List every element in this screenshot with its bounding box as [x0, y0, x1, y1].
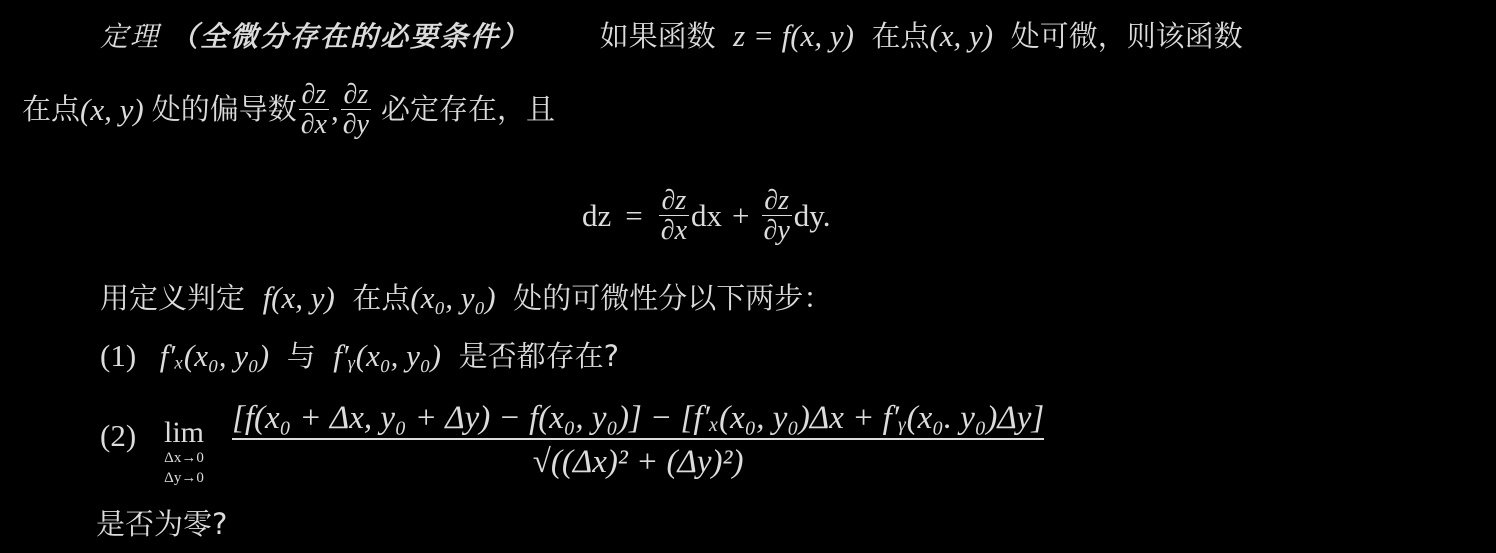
method-intro: 用定义判定 f(x, y) 在点(x₀, y₀) 处的可微性分以下两步：	[100, 282, 832, 314]
partial-fy: f′ᵧ(x₀, y₀)	[333, 338, 441, 373]
theorem-text: 必定存在，且	[381, 95, 555, 124]
method-text: 处的可微性分以下两步：	[513, 281, 832, 315]
dy-term: dy.	[794, 200, 831, 231]
method-text: 在点	[352, 281, 410, 315]
theorem-text: 在点	[22, 95, 80, 124]
final-question: 是否为零?	[96, 510, 227, 540]
partial-fx: f′ₓ(x₀, y₀)	[160, 338, 269, 373]
step-question: 是否为零?	[96, 507, 227, 541]
denominator: ∂y	[762, 216, 792, 245]
theorem-line-1: 定理（全微分存在的必要条件） 如果函数 z = f(x, y) 在点(x, y)…	[100, 20, 1243, 52]
fraction-bar	[232, 438, 1044, 440]
limit-condition-y: Δy→0	[164, 468, 204, 488]
limit-fraction: [f(x₀ + Δx, y₀ + Δy) − f(x₀, y₀)] − [f′ₓ…	[232, 400, 1044, 481]
step-2-label: (2)	[100, 420, 136, 452]
function-equation: z = f(x, y)	[733, 18, 854, 53]
partial-derivative-x: ∂z ∂x	[299, 80, 329, 140]
numerator: ∂z	[299, 80, 328, 109]
step-label: (2)	[100, 418, 136, 453]
total-differential-formula: dz = ∂z ∂x dx + ∂z ∂y dy.	[582, 186, 831, 246]
limit-denominator: √((Δx)² + (Δy)²)	[533, 444, 744, 480]
denominator: ∂y	[341, 110, 371, 139]
limit-operator: lim Δx→0 Δy→0	[164, 418, 204, 489]
theorem-text: 在点	[871, 19, 929, 53]
limit-numerator: [f(x₀ + Δx, y₀ + Δy) − f(x₀, y₀)] − [f′ₓ…	[232, 400, 1044, 436]
formula-lhs: dz	[582, 200, 611, 231]
plus-sign: +	[732, 200, 749, 231]
denominator: ∂x	[299, 110, 329, 139]
partial-derivative-y: ∂z ∂y	[341, 80, 371, 140]
denominator: ∂x	[659, 216, 689, 245]
separator: ,	[331, 94, 339, 125]
step-question: 是否都存在?	[459, 339, 619, 373]
function-fxy: f(x, y)	[263, 280, 335, 315]
point-xy: (x, y)	[80, 94, 144, 125]
theorem-text: 处可微，则该函数	[1011, 19, 1243, 53]
numerator: ∂z	[660, 186, 689, 215]
theorem-text: 处的偏导数	[152, 95, 297, 124]
method-text: 用定义判定	[100, 281, 245, 315]
theorem-title: （全微分存在的必要条件）	[170, 20, 530, 53]
point-xy: (x, y)	[929, 18, 993, 53]
partial-derivative-y: ∂z ∂y	[762, 186, 792, 246]
limit-block: lim Δx→0 Δy→0	[164, 418, 204, 489]
dx-term: dx	[691, 200, 722, 231]
theorem-line-2: 在点 (x, y) 处的偏导数 ∂z ∂x , ∂z ∂y 必定存在，且	[22, 80, 555, 140]
lim-word: lim	[164, 418, 204, 448]
partial-derivative-x: ∂z ∂x	[659, 186, 689, 246]
step-1: (1) f′ₓ(x₀, y₀) 与 f′ᵧ(x₀, y₀) 是否都存在?	[100, 340, 619, 372]
numerator: ∂z	[762, 186, 791, 215]
point-x0y0: (x₀, y₀)	[410, 280, 495, 315]
limit-condition-x: Δx→0	[164, 448, 204, 468]
equals-sign: =	[625, 200, 642, 231]
theorem-label: 定理	[100, 20, 160, 53]
theorem-text: 如果函数	[600, 19, 716, 53]
step-label: (1)	[100, 338, 136, 373]
conjunction: 与	[287, 339, 316, 373]
numerator: ∂z	[341, 80, 370, 109]
